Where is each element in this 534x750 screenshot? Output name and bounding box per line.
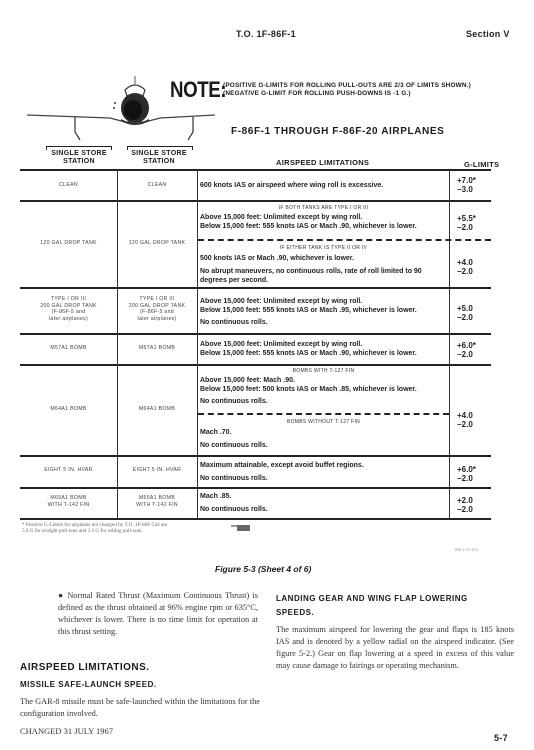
figure-caption: Figure 5-3 (Sheet 4 of 6): [215, 564, 311, 574]
table-rule: [20, 487, 491, 489]
heading-airspeed-limitations: AIRSPEED LIMITATIONS.: [20, 662, 150, 673]
row-config-left: M64A1 BOMB: [20, 406, 117, 413]
row-glimits: +5.5*−2.0: [457, 214, 476, 232]
note-label: NOTE:: [170, 77, 226, 103]
row-limits: Mach .70. No continuous rolls.: [200, 428, 268, 450]
row-config-left: TYPE I OR III200 GAL DROP TANK (F-86F-5 …: [20, 296, 117, 322]
dashed-separator: [198, 239, 491, 241]
subheading-missile-launch: MISSILE SAFE-LAUNCH SPEED.: [20, 678, 157, 692]
column-header-airspeed: AIRSPEED LIMITATIONS: [276, 158, 369, 167]
row-limits: Above 15,000 feet: Unlimited except by w…: [200, 213, 417, 231]
row-config-right: EIGHT 5 IN. HVAR: [117, 467, 197, 474]
row-limits: Maximum attainable, except avoid buffet …: [200, 461, 364, 483]
table-divider: [449, 170, 450, 519]
row-limits: Mach .85. No continuous rolls.: [200, 492, 268, 514]
bullet-paragraph: ● Normal Rated Thrust (Maximum Continuou…: [58, 590, 258, 638]
row-subhead: IF EITHER TANK IS TYPE II OR IV: [198, 245, 449, 251]
row-config-left: CLEAN: [20, 182, 117, 189]
table-rule: [20, 364, 491, 366]
row-config-right: CLEAN: [117, 182, 197, 189]
dashed-separator: [198, 413, 449, 415]
station-label-right: SINGLE STORE STATION: [124, 150, 194, 166]
column-header-glimits: G-LIMITS: [464, 160, 499, 169]
heading-landing-gear: LANDING GEAR AND WING FLAP LOWERING SPEE…: [276, 592, 468, 620]
doc-number: T.O. 1F-86F-1: [236, 29, 296, 39]
table-rule: [20, 169, 491, 171]
table-rule: [20, 200, 491, 202]
row-glimits: +6.0*−2.0: [457, 341, 476, 359]
table-rule: [20, 287, 491, 289]
row-glimits: +5.0−2.0: [457, 304, 473, 322]
row-glimits: +6.0*−2.0: [457, 465, 476, 483]
row-limits: Above 15,000 feet: Unlimited except by w…: [200, 340, 417, 358]
station-label-left: SINGLE STORE STATION: [44, 150, 114, 166]
section-label: Section V: [466, 29, 510, 39]
footnote: * Positive G-Limits for airplanes not ch…: [22, 522, 167, 534]
table-rule: [20, 333, 491, 335]
note-line-1: (POSITIVE G-LIMITS FOR ROLLING PULL-OUTS…: [223, 82, 471, 90]
row-config-right: TYPE I OR III200 GAL DROP TANK (F-86F-5 …: [117, 296, 197, 322]
changed-date: CHANGED 31 JULY 1967: [20, 726, 113, 736]
landing-gear-paragraph: The maximum airspeed for lowering the ge…: [276, 624, 514, 672]
row-config-right: M57A1 BOMB: [117, 345, 197, 352]
missile-paragraph: The GAR-8 missile must be safe-launched …: [20, 696, 260, 720]
note-line-2: (NEGATIVE G-LIMIT FOR ROLLING PUSH-DOWNS…: [223, 90, 471, 98]
table-rule: [20, 518, 491, 520]
row-subhead: BOMBS WITH T-127 FIN: [198, 368, 449, 374]
row-config-left: 120 GAL DROP TANK: [20, 240, 117, 247]
row-config-left: M65A1 BOMBWITH T-142 FIN: [20, 495, 117, 508]
row-glimits: +7.0*−3.0: [457, 176, 476, 194]
row-config-right: 120 GAL DROP TANK: [117, 240, 197, 247]
bullet-icon: ●: [58, 591, 64, 600]
row-glimits: +2.0−2.0: [457, 496, 473, 514]
row-subhead: BOMBS WITHOUT T-127 FIN: [198, 419, 449, 425]
row-subhead: IF BOTH TANKS ARE TYPE I OR III: [198, 205, 449, 211]
change-mark-icon: [231, 524, 251, 532]
table-title: F-86F-1 THROUGH F-86F-20 AIRPLANES: [231, 126, 444, 137]
note-text: (POSITIVE G-LIMITS FOR ROLLING PULL-OUTS…: [223, 82, 471, 98]
page-number: 5-7: [494, 733, 508, 743]
row-limits: 500 knots IAS or Mach .90, whichever is …: [200, 254, 422, 285]
row-config-left: EIGHT 5 IN. HVAR: [20, 467, 117, 474]
row-config-right: M65A1 BOMBWITH T-142 FIN: [117, 495, 197, 508]
row-limits: Above 15,000 feet: Unlimited except by w…: [200, 297, 417, 327]
row-config-right: M64A1 BOMB: [117, 406, 197, 413]
table-rule: [20, 455, 491, 457]
row-limits: Above 15,000 feet: Mach .90. Below 15,00…: [200, 376, 417, 406]
row-glimits: +4.0−2.0: [457, 258, 473, 276]
row-limits: 600 knots IAS or airspeed where wing rol…: [200, 181, 383, 190]
table-divider: [197, 170, 198, 519]
row-config-left: M57A1 BOMB: [20, 345, 117, 352]
figure-reference: 86F-1-52-2(4): [455, 547, 478, 553]
row-glimits: +4.0−2.0: [457, 411, 473, 429]
